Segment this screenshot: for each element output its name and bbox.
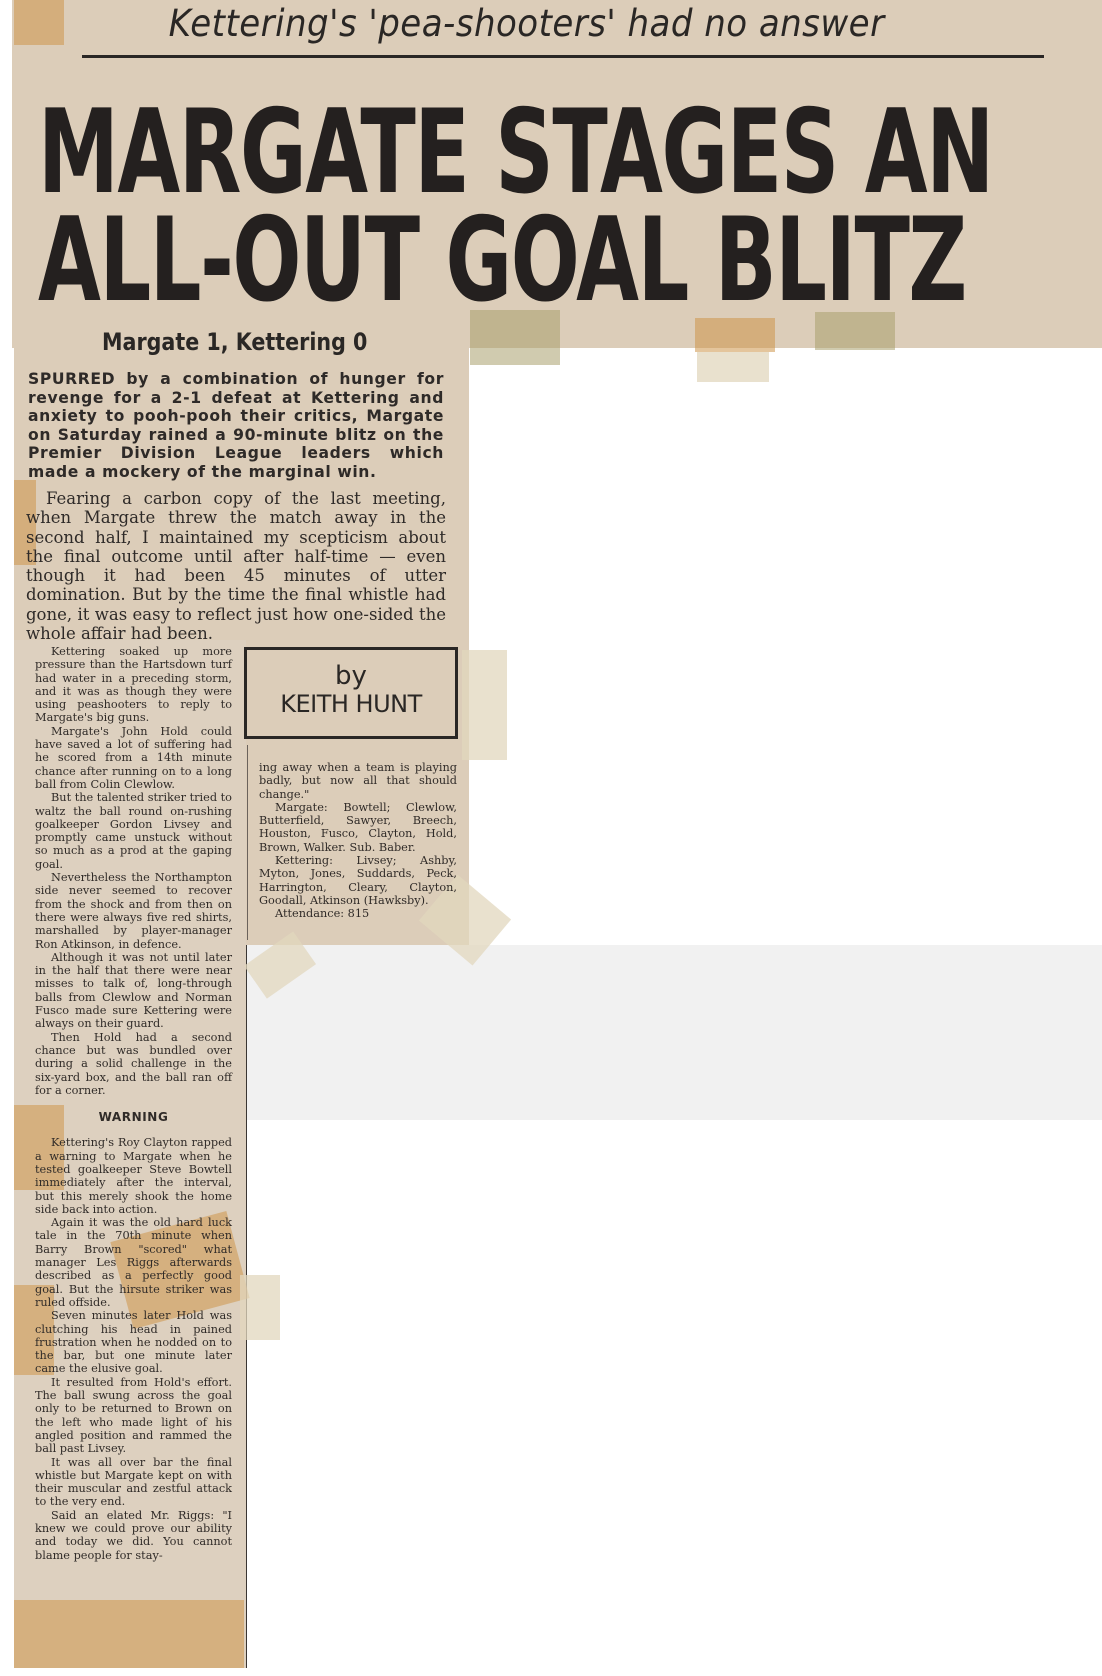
paragraph: Seven minutes later Hold was clutching h… bbox=[35, 1309, 232, 1375]
paragraph: Although it was not until later in the h… bbox=[35, 951, 232, 1031]
byline-box: by KEITH HUNT bbox=[244, 647, 458, 739]
intro-paragraph: SPURRED by a combination of hunger for r… bbox=[28, 370, 444, 481]
match-score: Margate 1, Kettering 0 bbox=[102, 328, 367, 356]
paragraph: Margate's John Hold could have saved a l… bbox=[35, 725, 232, 791]
byline-by: by bbox=[247, 662, 455, 690]
paragraph: Said an elated Mr. Riggs: "I knew we cou… bbox=[35, 1509, 232, 1562]
lead-paragraph: Fearing a carbon copy of the last meetin… bbox=[26, 489, 446, 643]
kicker-headline: Kettering's 'pea-shooters' had no answer bbox=[85, 2, 968, 45]
paragraph: Kettering's Roy Clayton rapped a warning… bbox=[35, 1136, 232, 1216]
tape-piece bbox=[14, 0, 64, 45]
left-column: Kettering soaked up more pressure than t… bbox=[35, 645, 232, 1562]
team-lineup-margate: Margate: Bowtell; Clewlow, Butterfield, … bbox=[259, 801, 457, 854]
tape-piece bbox=[462, 650, 507, 760]
tape-piece bbox=[14, 1600, 244, 1668]
tape-piece bbox=[240, 1275, 280, 1340]
tape-piece bbox=[697, 352, 769, 382]
headline-line-2: ALL-OUT GOAL BLITZ bbox=[38, 203, 966, 319]
paragraph: Kettering soaked up more pressure than t… bbox=[35, 645, 232, 725]
byline-author: KEITH HUNT bbox=[247, 690, 455, 718]
paragraph: Nevertheless the Northampton side never … bbox=[35, 871, 232, 951]
right-column: ing away when a team is playing badly, b… bbox=[259, 761, 457, 921]
paragraph: ing away when a team is playing badly, b… bbox=[259, 761, 457, 801]
backing-sheet-shade bbox=[246, 945, 1102, 1120]
paragraph: It was all over bar the final whistle bu… bbox=[35, 1456, 232, 1509]
column-divider bbox=[247, 745, 248, 940]
paragraph: It resulted from Hold's effort. The ball… bbox=[35, 1376, 232, 1456]
kicker-rule bbox=[82, 55, 1044, 58]
subhead-warning: WARNING bbox=[35, 1111, 232, 1124]
paragraph: Again it was the old hard luck tale in t… bbox=[35, 1216, 232, 1309]
paragraph: Then Hold had a second chance but was bu… bbox=[35, 1031, 232, 1097]
team-lineup-kettering: Kettering: Livsey; Ashby, Myton, Jones, … bbox=[259, 854, 457, 907]
paragraph: But the talented striker tried to waltz … bbox=[35, 791, 232, 871]
attendance: Attendance: 815 bbox=[259, 907, 457, 920]
